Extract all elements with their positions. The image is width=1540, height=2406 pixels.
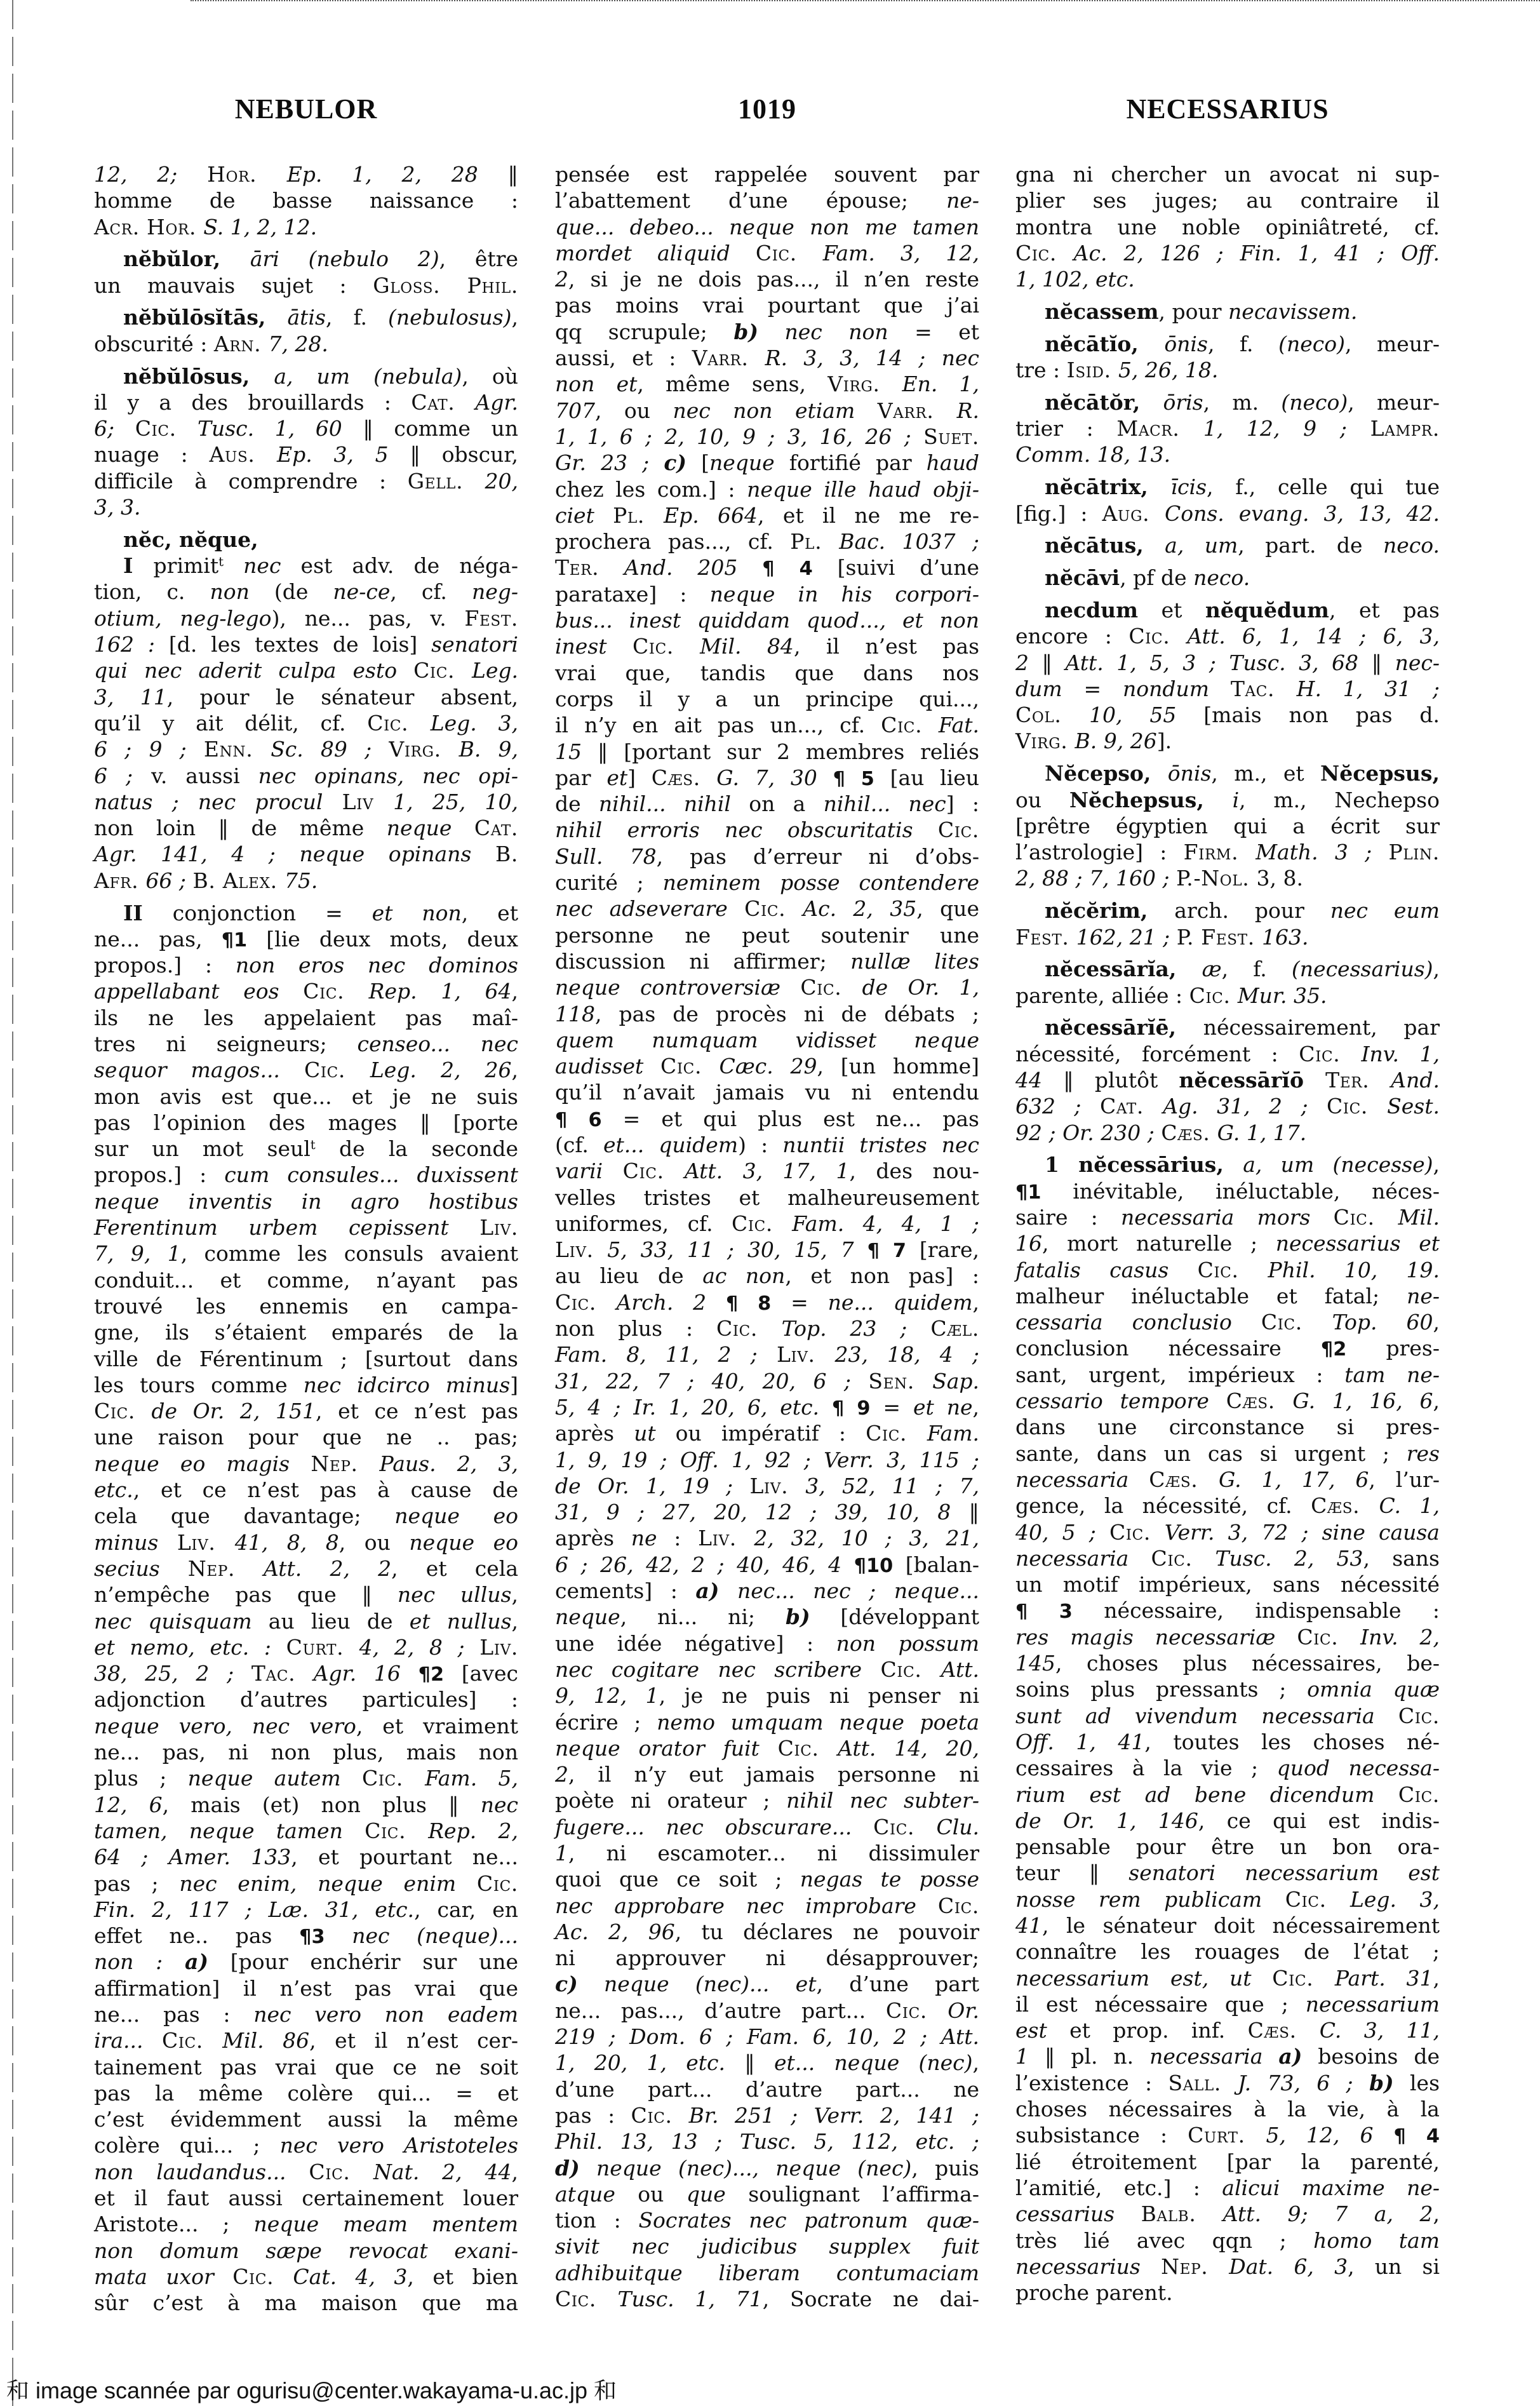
text-run: , ou [339,1530,410,1555]
text-run: , puis [911,2156,979,2181]
latin-citation: otium, neg-lego [94,606,272,631]
text-line: 2, si je ne dois pas..., il n’en reste [555,266,979,292]
author-abbrev: Cic. [881,1657,941,1682]
latin-citation: non : [94,1949,185,1974]
text-line: non : a) [pour enchérir sur une [94,1949,518,1975]
text-line: neque vero, nec vero, et vraiment [94,1713,518,1739]
headword: I [123,553,154,578]
text-run: une idée négative] : [555,1631,836,1656]
author-abbrev: Macr. [1116,416,1203,441]
author-abbrev: Cic. [886,1998,947,2023]
text-run: de la seconde [316,1136,518,1161]
text-line: très lié avec qqn ; homo tam [1015,2228,1440,2254]
text-run: gence, la nécessité, cf. [1015,1493,1311,1518]
text-line: 2, il n’y eut jamais personne ni [555,1761,979,1787]
entry-first-line: 1 nĕcessārius, a, um (necesse), [1015,1152,1440,1178]
latin-citation: 40, 5 ; [1015,1520,1109,1545]
author-abbrev: Tac. [251,1661,314,1686]
text-line: 707, ou nec non etiam Varr. R. [555,398,979,424]
text-line: Fin. 2, 117 ; Læ. 31, etc., car, en [94,1897,518,1923]
latin-citation: quod necessa- [1277,1756,1440,1780]
text-line: pas moins vrai pourtant que j’ai [555,292,979,318]
headword: nĕcessārĭē, [1045,1015,1203,1040]
text-run: primit [154,553,219,578]
author-abbrev: Aus. [209,442,277,467]
latin-citation: Fam. 4, 4, 1 ; [792,1211,979,1236]
text-line: necessarius Nep. Dat. 6, 3, un si [1015,2254,1440,2280]
text-line: minus Liv. 41, 8, 8, ou neque eo [94,1529,518,1556]
text-run: , [512,1609,519,1634]
latin-citation: Ferentinum urbem cepissent [94,1215,479,1240]
text-run: , [1433,1388,1440,1413]
text-line: cela que davantage; neque eo [94,1503,518,1529]
text-run: pas la même colère qui... = et [94,2081,518,2106]
latin-citation: Fin. 2, 117 ; Læ. 31, etc. [94,1897,414,1922]
text-line: corps il y a un principe qui..., [555,686,979,712]
text-run: sûr c’est à ma maison que ma [94,2290,518,2315]
latin-citation: et... neque (nec) [774,2050,972,2075]
latin-citation: 64 ; Amer. 133 [94,1845,291,1869]
text-run: l’amitié, etc.] : [1015,2175,1222,2200]
latin-citation: tam ne- [1344,1362,1440,1387]
text-line: ou Nĕchepsus, i, m., Nechepso [1015,787,1440,813]
text-line: fugere... nec obscurare... Cic. Clu. [555,1814,979,1840]
author-abbrev: Cic. [1272,1966,1335,1991]
text-run: et prop. inf. [1047,2018,1248,2043]
author-abbrev: Cic. [304,1058,370,1082]
latin-citation: Agr. 16 [314,1661,418,1686]
headword: nĕcātus, [1045,533,1165,558]
text-line: de Or. 1, 19 ; Liv. 3, 52, 11 ; 7, [555,1473,979,1499]
text-run: trier : [1015,416,1116,441]
latin-citation: audisset [555,1054,660,1079]
text-run: qu’il n’avait jamais vu ni entendu [555,1080,979,1105]
latin-citation: Ag. 31, 2 ; [1163,1094,1327,1119]
latin-citation: Ac. 2, 126 ; Fin. 1, 41 ; Off. [1074,241,1440,265]
text-run: il est nécessaire que ; [1015,1992,1306,2017]
latin-citation: neque in his corpori- [710,582,979,607]
text-run: , et ce n’est pas à cause de [133,1477,518,1502]
text-run: , ni... ni; [620,1604,786,1629]
headword: nĕbŭlōsĭtās, [123,305,287,330]
text-run: il n’y en ait pas un..., cf. [555,713,881,737]
latin-citation: neque (nec)... et [604,1972,817,1996]
text-line: colère qui... ; nec vero Aristoteles [94,2132,518,2158]
text-run: , où [462,364,518,389]
text-run: ville de Férentinum ; [surtout dans [94,1347,518,1371]
latin-citation: etc. [94,1477,133,1502]
text-run: conclusion nécessaire [1015,1336,1321,1361]
text-run: , [1433,1966,1440,1991]
text-run: ‖ [951,1500,979,1524]
latin-citation: ira... [94,2028,162,2053]
text-line: il n’y en ait pas un..., cf. Cic. Fat. [555,712,979,738]
latin-citation: senatori [431,632,518,657]
text-run: nécessité, forcément : [1015,1042,1299,1066]
text-line: 64 ; Amer. 133, et pourtant ne... [94,1844,518,1870]
latin-citation: 6 ; 26, 42, 2 ; 40, 46, 4 [555,1552,854,1577]
latin-citation: neque ille haud obji- [747,477,979,502]
text-run: = et qui plus est ne... pas [602,1106,979,1131]
text-line: bus... inest quiddam quod..., et non [555,607,979,633]
text-run: , [1433,957,1440,981]
text-run: , l’ur- [1369,1467,1440,1492]
latin-citation: de Or. 2, 151 [151,1399,316,1423]
text-line: atque ou que soulignant l’affirma- [555,2181,979,2207]
text-line: otium, neg-lego), ne... pas, v. Fest. [94,605,518,631]
latin-citation: 1, 20, 1, etc. [555,2050,725,2075]
dictionary-column-left: 12, 2; Hor. Ep. 1, 2, 28 ‖homme de basse… [94,161,518,2316]
text-line: sunt ad vivendum necessaria Cic. [1015,1703,1440,1729]
author-abbrev: Gloss. Phil. [373,273,518,298]
author-abbrev: Nep. [311,1451,379,1476]
latin-citation: nec quisquam [94,1609,252,1634]
latin-citation: nihil... nec [824,791,946,816]
latin-citation: nihil nec subter- [786,1788,979,1813]
latin-citation: 5, 12, 6 [1266,2123,1393,2147]
latin-citation: nec idcirco minus [304,1373,510,1397]
text-run: propos.] : [94,953,236,978]
entry-first-line: nĕcātŏr, ōris, m. (neco), meur- [1015,389,1440,415]
latin-citation: 66 ; [145,868,192,893]
text-line: neque controversiæ Cic. de Or. 1, [555,974,979,1000]
author-abbrev: Virg. [1015,729,1075,753]
text-run: , f., celle qui tue [1207,474,1440,499]
headword: necdum [1045,598,1138,622]
text-line: de Or. 1, 146, ce qui est indis- [1015,1808,1440,1834]
latin-citation: 2, 88 ; 7, 160 ; [1015,866,1176,890]
headword: nĕcātrix, [1045,474,1171,499]
latin-citation: que [686,2182,726,2207]
text-line: un motif impérieux, sans nécessité [1015,1571,1440,1597]
text-run [578,1972,604,1996]
text-run: conduit... et comme, n’ayant pas [94,1268,518,1293]
text-line: de nihil... nihil on a nihil... nec] : [555,791,979,817]
text-run: , d’une part [816,1972,979,1996]
text-line: mata uxor Cic. Cat. 4, 3, et bien [94,2264,518,2290]
latin-citation: 10, 55 [1089,702,1176,727]
text-run: connaître les rouages de l’état ; [1015,1939,1440,1964]
latin-citation: 2 [555,1762,568,1787]
latin-citation: Fat. [939,713,979,737]
latin-citation: (neco) [1278,332,1345,356]
author-abbrev: Varr. [878,398,957,423]
text-line: quem numquam vidisset neque [555,1027,979,1053]
latin-citation: Att. 6, 1, 14 ; 6, 3, [1187,624,1440,649]
text-line: (cf. et... quidem) : nuntii tristes nec [555,1132,979,1158]
text-run: [d. les textes de lois] [155,632,431,657]
text-run: ou [1015,788,1069,812]
text-line: 145, choses plus nécessaires, be- [1015,1650,1440,1676]
text-line: choses nécessaires à la vie, à la [1015,2096,1440,2122]
text-line: Gr. 23 ; c) [neque fortifié par haud [555,450,979,476]
text-run: ‖ [478,162,518,187]
latin-citation: neque inventis in agro hostibus [94,1189,518,1214]
text-line: que... debeo... neque non me tamen [555,214,979,240]
entry-first-line: nĕbŭlor, āri (nebulo 2), être [94,246,518,272]
text-line: inest Cic. Mil. 84, il n’est pas [555,633,979,659]
latin-citation: Top. 60 [1332,1310,1433,1334]
text-line: necessaria Cic. Tusc. 2, 53, sans [1015,1545,1440,1571]
latin-citation: negas te posse [800,1867,979,1892]
author-abbrev: Cic. [873,1815,936,1839]
latin-citation: ne [631,1526,657,1550]
author-abbrev: Gell. [408,469,485,494]
text-line: difficile à comprendre : Gell. 20, [94,468,518,494]
text-run: tres ni seigneurs; [94,1032,358,1056]
text-run: [balan- [893,1552,979,1577]
text-run: il y a des brouillards : [94,390,411,415]
latin-citation: nosse rem publicam [1015,1887,1285,1912]
latin-citation: B. 9, 26 [1075,729,1157,753]
latin-citation: quem numquam vidisset neque [555,1028,979,1052]
author-abbrev: Cic. [365,1818,428,1843]
latin-citation: Ep. 664 [664,503,758,528]
text-line: il y a des brouillards : Cat. Agr. [94,389,518,415]
text-line: natus ; nec procul Liv 1, 25, 10, [94,789,518,815]
author-abbrev: Virg. [827,372,902,396]
latin-citation: 2 [1015,650,1029,675]
latin-citation: nihil... nihil [599,791,731,816]
headword: nĕcātĭo, [1045,332,1164,356]
text-run: , et pourtant ne... [291,1845,518,1869]
text-run: obscurité : [94,332,214,356]
text-run: = [771,1290,827,1315]
latin-citation: 41, 8, 8 [235,1530,339,1555]
latin-citation: nec non etiam [673,398,877,423]
latin-citation: ne- [1407,1284,1440,1308]
text-run: personne ne peut soutenir une [555,923,979,948]
latin-citation: appellabant eos [94,979,303,1004]
latin-citation: H. 1, 31 ; [1297,676,1440,701]
latin-citation: varii [555,1159,623,1183]
text-run: , choses plus nécessaires, be- [1055,1651,1440,1676]
text-run: ne... pas, [94,927,222,951]
text-line: 1, 102, etc. [1015,266,1440,292]
headword: II [123,901,173,925]
author-abbrev: B. Alex. [192,868,284,893]
text-run: pas l’opinion des mages ‖ [porte [94,1110,518,1135]
text-run: un mauvais sujet : [94,273,373,298]
paragraph-mark: ¶ 4 [762,558,812,580]
author-abbrev: Cic. [1109,1520,1165,1545]
latin-citation: Nat. 2, 44 [373,2160,512,2184]
author-abbrev: Cic. [1151,1546,1215,1571]
text-line: cessaires à la vie ; quod necessa- [1015,1755,1440,1781]
text-line: adjonction d’autres particules] : [94,1686,518,1712]
latin-citation: neque (nec)..., neque (nec) [596,2156,911,2181]
subsection-marker: a) [185,1949,208,1974]
author-abbrev: Cic. [1189,983,1238,1008]
text-run: sante, dans un cas si urgent ; [1015,1441,1407,1466]
latin-citation: et ne [913,1395,973,1420]
text-line: malheur inéluctable et fatal; ne- [1015,1283,1440,1309]
latin-citation: alicui maxime ne- [1222,2175,1440,2200]
text-line: gna ni chercher un avocat ni sup- [1015,161,1440,187]
author-abbrev: B. [495,842,518,866]
entry-first-line: nĕcessārĭē, nécessairement, par [1015,1014,1440,1040]
text-run: et il faut aussi certainement louer [94,2186,518,2210]
text-run: , et non pas] : [785,1263,979,1288]
latin-citation: nec non [784,319,888,344]
author-abbrev: Cic. [1015,241,1074,265]
latin-citation: res magis necessariæ [1015,1625,1297,1650]
text-line: ne... pas, ¶1 [lie deux mots, deux [94,926,518,952]
text-run: , mort naturelle ; [1042,1231,1276,1256]
text-run: , car, en [414,1897,518,1922]
text-line: propos.] : cum consules... duxissent [94,1162,518,1188]
latin-citation: 16 [1015,1231,1042,1256]
latin-citation: Agr. [475,390,518,415]
latin-citation: Phil. 10, 19. [1268,1258,1440,1282]
author-abbrev: Cic. [162,2028,222,2053]
latin-citation: necessaria [1015,1546,1151,1571]
text-run: velles tristes et malheureusement [555,1185,979,1210]
text-line: homme de basse naissance : [94,187,518,213]
latin-citation: qui nec aderit culpa esto [94,658,413,683]
text-run: , il n’y eut jamais personne ni [568,1762,979,1787]
headword: nĕc, nĕque, [123,527,258,552]
text-run: , et vraiment [356,1714,518,1738]
text-line: Fest. 162, 21 ; P. Fest. 163. [1015,924,1440,950]
subsection-marker: d) [555,2156,580,2181]
text-run: soins plus pressants ; [1015,1677,1307,1702]
text-run: [rare, [906,1237,979,1262]
text-line: neque inventis in agro hostibus [94,1188,518,1214]
text-run: plier ses juges; au contraire il [1015,188,1440,213]
headword: nĕcessārĭa, [1045,957,1202,981]
text-run: conjonction = [173,901,372,925]
latin-citation: cessarius [1015,2201,1141,2226]
text-line: une raison pour que ne .. pas; [94,1424,518,1450]
text-run: [développant [810,1604,979,1629]
text-line: subsistance : Curt. 5, 12, 6 ¶ 4 [1015,2122,1440,2148]
latin-citation: 1, 25, 10, [393,790,518,814]
entry-first-line: nĕcassem, pour necavissem. [1015,299,1440,325]
subsection-marker: b) [1369,2071,1394,2095]
text-run: propos.] : [94,1162,224,1187]
text-run: tainement pas vrai que ce ne soit [94,2055,518,2080]
text-run: d’une part... d’autre part... ne [555,2077,979,2102]
author-abbrev: Cat. [1100,1094,1163,1119]
text-line: 31, 22, 7 ; 40, 20, 6 ; Sen. Sap. [555,1368,979,1394]
latin-citation: Phil. 13, 13 ; Tusc. 5, 112, etc. ; [555,2129,979,2154]
text-run: (cf. [555,1132,603,1157]
latin-citation: cum consules... duxissent [224,1162,518,1187]
subsection-marker: a) [1278,2044,1302,2069]
text-line: varii Cic. Att. 3, 17, 1, des nou- [555,1158,979,1184]
latin-citation: 41 [1015,1913,1042,1938]
text-line: sante, dans un cas si urgent ; res [1015,1441,1440,1467]
text-line: Ac. 2, 96, tu déclares ne pouvoir [555,1919,979,1945]
text-run: [prêtre égyptien qui a écrit sur [1015,814,1440,838]
latin-citation: 6; [94,416,135,441]
latin-citation: æ [1202,957,1222,981]
text-run: ‖ [725,2050,774,2075]
text-run: les [1394,2071,1440,2095]
text-line: plier ses juges; au contraire il [1015,187,1440,213]
latin-citation: Agr. 141, 4 ; neque opinans [94,842,495,866]
latin-citation: neque eo [394,1503,518,1528]
author-abbrev: Fest. [1015,925,1076,950]
author-abbrev: Cic. [938,1893,979,1918]
text-run: tre : [1015,358,1067,382]
author-abbrev: Liv. [177,1530,235,1555]
text-run: , je ne puis ni penser ni [659,1683,979,1708]
text-run: pas : [555,2103,631,2128]
text-run: pensée est rappelée souvent par [555,162,979,187]
text-line: d) neque (nec)..., neque (nec), puis [555,2155,979,2181]
latin-citation: 1, 9, 19 ; Off. 1, 92 ; Verr. 3, 115 ; [555,1448,979,1472]
text-line: ne... pas : nec vero non eadem [94,2001,518,2027]
latin-citation: G. 1, 16, 6 [1292,1388,1433,1413]
entry-first-line: nĕc, nĕque, [94,527,518,553]
text-line: 1, 1, 6 ; 2, 10, 9 ; 3, 16, 26 ; Suet. [555,424,979,450]
text-line: 44 ‖ plutôt nĕcessārĭō Ter. And. [1015,1067,1440,1093]
author-abbrev: Cic. [881,713,939,737]
latin-citation: Fam. [927,1421,979,1446]
author-abbrev: Cic. [413,658,472,683]
text-line: Fam. 8, 11, 2 ; Liv. 23, 18, 4 ; [555,1341,979,1368]
text-line: 6 ; v. aussi nec opinans, nec opi- [94,763,518,789]
author-abbrev: Isid. [1067,358,1118,382]
text-run: affirmation] il n’est pas vrai que [94,1976,518,2001]
latin-citation: que... debeo... neque non me tamen [555,215,979,239]
text-line: qq scrupule; b) nec non = et [555,319,979,345]
text-run: pas ; [94,1871,179,1896]
text-run: pas moins vrai pourtant que j’ai [555,293,979,318]
author-abbrev: Cic. [1334,1205,1398,1230]
entry-first-line: nĕcāvi, pf de neco. [1015,565,1440,591]
text-run: qq scrupule; [555,319,733,344]
text-line: Cic. Ac. 2, 126 ; Fin. 1, 41 ; Off. [1015,240,1440,266]
text-run: [mais non pas d. [1176,702,1440,727]
latin-citation: homo tam [1313,2228,1440,2253]
text-run: nuage : [94,442,209,467]
author-abbrev: Cæs. [1149,1467,1219,1492]
text-line: mon avis est que... et je ne suis [94,1084,518,1110]
latin-citation: Socrates nec patronum quæ- [638,2208,979,2233]
text-run: encore : [1015,624,1128,649]
text-run: montra une noble opiniâtreté, cf. [1015,215,1440,239]
latin-citation: Ep. 3, 5 [277,442,389,467]
latin-citation: Ac. 2, 96 [555,1919,675,1944]
text-run: , [512,1058,519,1082]
latin-citation: rium est ad bene dicendum [1015,1782,1398,1807]
text-line: nosse rem publicam Cic. Leg. 3, [1015,1886,1440,1912]
text-line: nuage : Aus. Ep. 3, 5 ‖ obscur, [94,441,518,467]
latin-citation: nec approbare nec improbare [555,1893,938,1918]
latin-citation: B. 9, [459,737,518,762]
text-line: 2 ‖ Att. 1, 5, 3 ; Tusc. 3, 68 ‖ nec- [1015,650,1440,676]
text-line: velles tristes et malheureusement [555,1185,979,1211]
latin-citation: G. 1, 17. [1217,1120,1307,1145]
text-run: gna ni chercher un avocat ni sup- [1015,162,1440,187]
latin-citation: necessarius et [1276,1231,1440,1256]
text-line: non et, même sens, Virg. En. 1, [555,371,979,397]
text-line: ville de Férentinum ; [surtout dans [94,1346,518,1372]
text-line: obscurité : Arn. 7, 28. [94,331,518,357]
superscript-abbrev: t [311,1138,316,1152]
text-run: , sans [1363,1546,1440,1571]
headword: nĕquĕdum [1205,598,1329,622]
text-run: prochera pas..., cf. [555,529,790,554]
latin-citation: neque [709,450,775,475]
latin-citation: atque [555,2182,615,2207]
text-line: adhibuitque liberam contumaciam [555,2260,979,2286]
text-run: ‖ pl. n. [1029,2044,1149,2069]
text-run: poète ni orateur ; [555,1788,786,1813]
